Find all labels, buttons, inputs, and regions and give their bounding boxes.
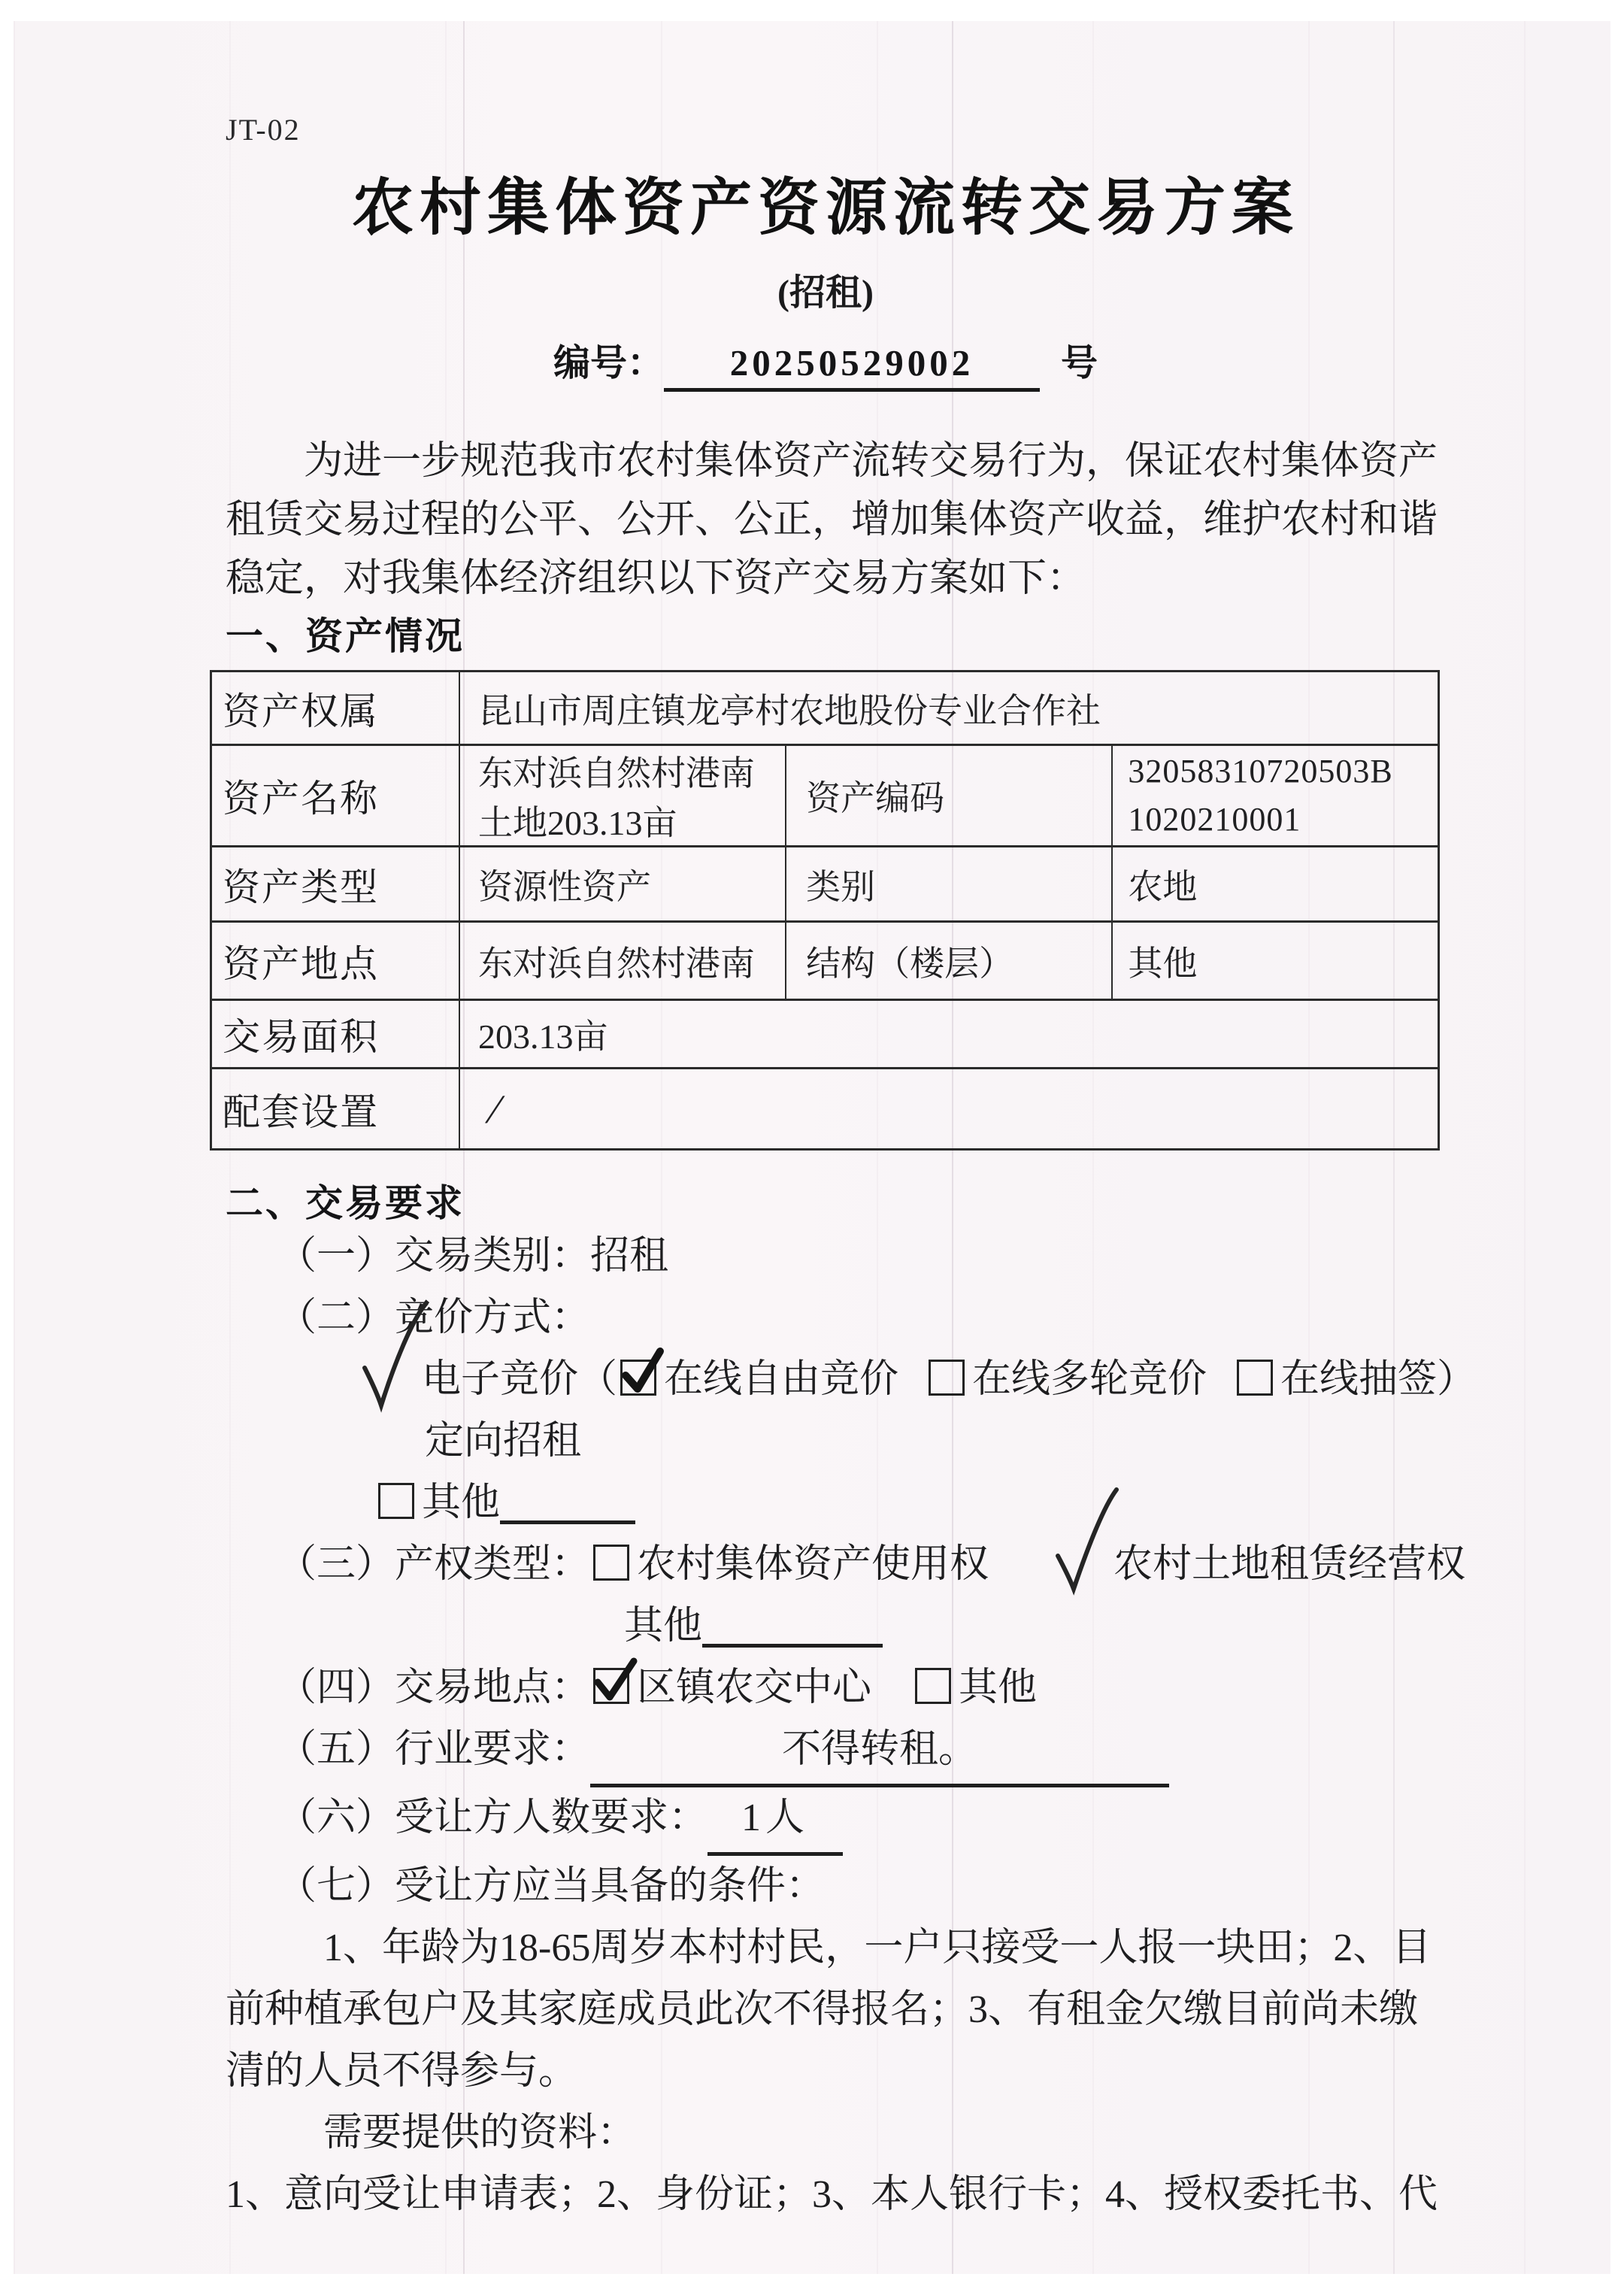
table-row: 资产类型 资源性资产 类别 农地 xyxy=(211,847,1439,922)
section-assets-heading: 一、资产情况 xyxy=(210,614,1441,658)
section-trade-heading: 二、交易要求 xyxy=(210,1181,1441,1226)
intro-line: 为进一步规范我市农村集体资产流转交易行为，保证农村集体资产 xyxy=(210,432,1441,491)
intro-line: 租赁交易过程的公平、公开、公正，增加集体资产收益，维护农村和谐 xyxy=(210,491,1441,550)
online-lottery-label: 在线抽签） xyxy=(1280,1358,1476,1401)
property-type-label: （三）产权类型： xyxy=(277,1543,590,1586)
facilities-label: 配套设置 xyxy=(211,1069,460,1150)
condition-line: 1、年龄为18-65周岁本村村民，一户只接受一人报一块田；2、目 xyxy=(210,1918,1441,1979)
collective-asset-use-right-label: 农村集体资产使用权 xyxy=(637,1543,989,1586)
facilities-slash: / xyxy=(475,1086,504,1132)
condition-line: 清的人员不得参与。 xyxy=(210,2041,1441,2102)
asset-owner-label: 资产权属 xyxy=(211,672,460,745)
page-title: 农村集体资产资源流转交易方案 xyxy=(210,174,1441,242)
bidding-other-line: 其他 xyxy=(210,1472,1441,1534)
checkbox-multi-round-empty-icon xyxy=(929,1360,965,1396)
electronic-bidding-label: 电子竞价（ xyxy=(422,1358,617,1401)
checkbox-online-free-bidding-checked-icon xyxy=(620,1360,656,1396)
document-content: JT-02 农村集体资产资源流转交易方案 (招租) 编号：20250529002… xyxy=(210,0,1441,2226)
handwritten-check-icon xyxy=(357,1357,422,1399)
item-trade-location: （四）交易地点： 区镇农交中心其他 xyxy=(210,1657,1441,1719)
category-label: 类别 xyxy=(786,847,1112,922)
item-transferee-count: （六）受让方人数要求：1人 xyxy=(210,1787,1441,1856)
trade-area-label: 交易面积 xyxy=(211,1000,460,1069)
item-industry-requirement: （五）行业要求：不得转租。 xyxy=(210,1719,1441,1787)
checkbox-town-agri-center-checked-icon xyxy=(593,1668,629,1704)
doc-number-line: 编号：20250529002号 xyxy=(210,340,1441,392)
handwritten-check-icon xyxy=(1049,1542,1113,1584)
doc-number-suffix: 号 xyxy=(1061,340,1098,387)
condition-line: 前种植承包户及其家庭成员此次不得报名；3、有租金欠缴目前尚未缴 xyxy=(210,1979,1441,2041)
directed-rent-line: 定向招租 xyxy=(210,1411,1441,1472)
other-label: 其他 xyxy=(959,1666,1037,1709)
materials-heading: 需要提供的资料： xyxy=(210,2102,1441,2164)
page-subtitle: (招租) xyxy=(210,272,1441,314)
intro-paragraph: 为进一步规范我市农村集体资产流转交易行为，保证农村集体资产 租赁交易过程的公平、… xyxy=(210,432,1441,608)
checkbox-online-lottery-empty-icon xyxy=(1237,1360,1273,1396)
asset-code-line: 1020210001 xyxy=(1128,796,1433,844)
blank-underline xyxy=(500,1478,635,1524)
town-agri-center-label: 区镇农交中心 xyxy=(637,1666,871,1709)
item-trade-category: （一）交易类别：招租 xyxy=(210,1226,1441,1287)
assets-table: 资产权属 昆山市周庄镇龙亭村农地股份专业合作社 资产名称 东对浜自然村港南土地2… xyxy=(210,670,1440,1151)
trade-area-value: 203.13亩 xyxy=(459,1000,1439,1069)
multi-round-bidding-label: 在线多轮竞价 xyxy=(972,1358,1207,1401)
bidding-options-line: 电子竞价（ 在线自由竞价在线多轮竞价在线抽签） xyxy=(210,1349,1441,1411)
other-label: 其他 xyxy=(422,1481,500,1524)
property-type-other-line: 其他 xyxy=(210,1596,1441,1657)
structure-value: 其他 xyxy=(1112,922,1438,1000)
asset-code-value: 32058310720503B 1020210001 xyxy=(1112,745,1438,847)
asset-code-label: 资产编码 xyxy=(786,745,1112,847)
asset-location-value: 东对浜自然村港南 xyxy=(459,922,786,1000)
checkbox-location-other-empty-icon xyxy=(915,1668,951,1704)
land-lease-operation-right-label: 农村土地租赁经营权 xyxy=(1113,1543,1465,1586)
online-free-bidding-label: 在线自由竞价 xyxy=(664,1358,898,1401)
checkbox-other-empty-icon xyxy=(378,1483,414,1519)
table-row: 资产地点 东对浜自然村港南 结构（楼层） 其他 xyxy=(211,922,1439,1000)
doc-number-label: 编号： xyxy=(553,342,664,384)
asset-type-label: 资产类型 xyxy=(211,847,460,922)
asset-code-line: 32058310720503B xyxy=(1128,747,1433,796)
transferee-count-value: 1人 xyxy=(707,1787,843,1856)
form-code: JT-02 xyxy=(226,113,1441,147)
table-row: 交易面积 203.13亩 xyxy=(211,1000,1439,1069)
asset-owner-value: 昆山市周庄镇龙亭村农地股份专业合作社 xyxy=(459,672,1439,745)
trade-location-label: （四）交易地点： xyxy=(277,1666,590,1709)
industry-requirement-value: 不得转租。 xyxy=(590,1719,1169,1787)
table-row: 资产名称 东对浜自然村港南土地203.13亩 资产编码 320583107205… xyxy=(211,745,1439,847)
materials-line: 1、意向受让申请表；2、身份证；3、本人银行卡；4、授权委托书、代 xyxy=(210,2164,1441,2226)
asset-location-label: 资产地点 xyxy=(211,922,460,1000)
industry-requirement-label: （五）行业要求： xyxy=(277,1728,590,1771)
doc-number-value: 20250529002 xyxy=(664,340,1040,392)
table-row: 资产权属 昆山市周庄镇龙亭村农地股份专业合作社 xyxy=(211,672,1439,745)
asset-name-label: 资产名称 xyxy=(211,745,460,847)
intro-line: 稳定，对我集体经济组织以下资产交易方案如下： xyxy=(210,550,1441,608)
transferee-count-label: （六）受让方人数要求： xyxy=(277,1796,707,1839)
structure-label: 结构（楼层） xyxy=(786,922,1112,1000)
trade-requirements: （一）交易类别：招租 （二）竞价方式： 电子竞价（ 在线自由竞价在线多轮竞价在线… xyxy=(210,1226,1441,2226)
asset-name-value: 东对浜自然村港南土地203.13亩 xyxy=(459,745,786,847)
blank-underline xyxy=(702,1602,883,1648)
item-property-type: （三）产权类型：农村集体资产使用权 农村土地租赁经营权 xyxy=(210,1534,1441,1596)
facilities-value: / xyxy=(459,1069,1439,1150)
other-label: 其他 xyxy=(624,1605,702,1648)
category-value: 农地 xyxy=(1112,847,1438,922)
table-row: 配套设置 / xyxy=(211,1069,1439,1150)
checkbox-collective-asset-use-right-empty-icon xyxy=(593,1545,629,1581)
item-transferee-conditions: （七）受让方应当具备的条件： xyxy=(210,1856,1441,1918)
asset-type-value: 资源性资产 xyxy=(459,847,786,922)
